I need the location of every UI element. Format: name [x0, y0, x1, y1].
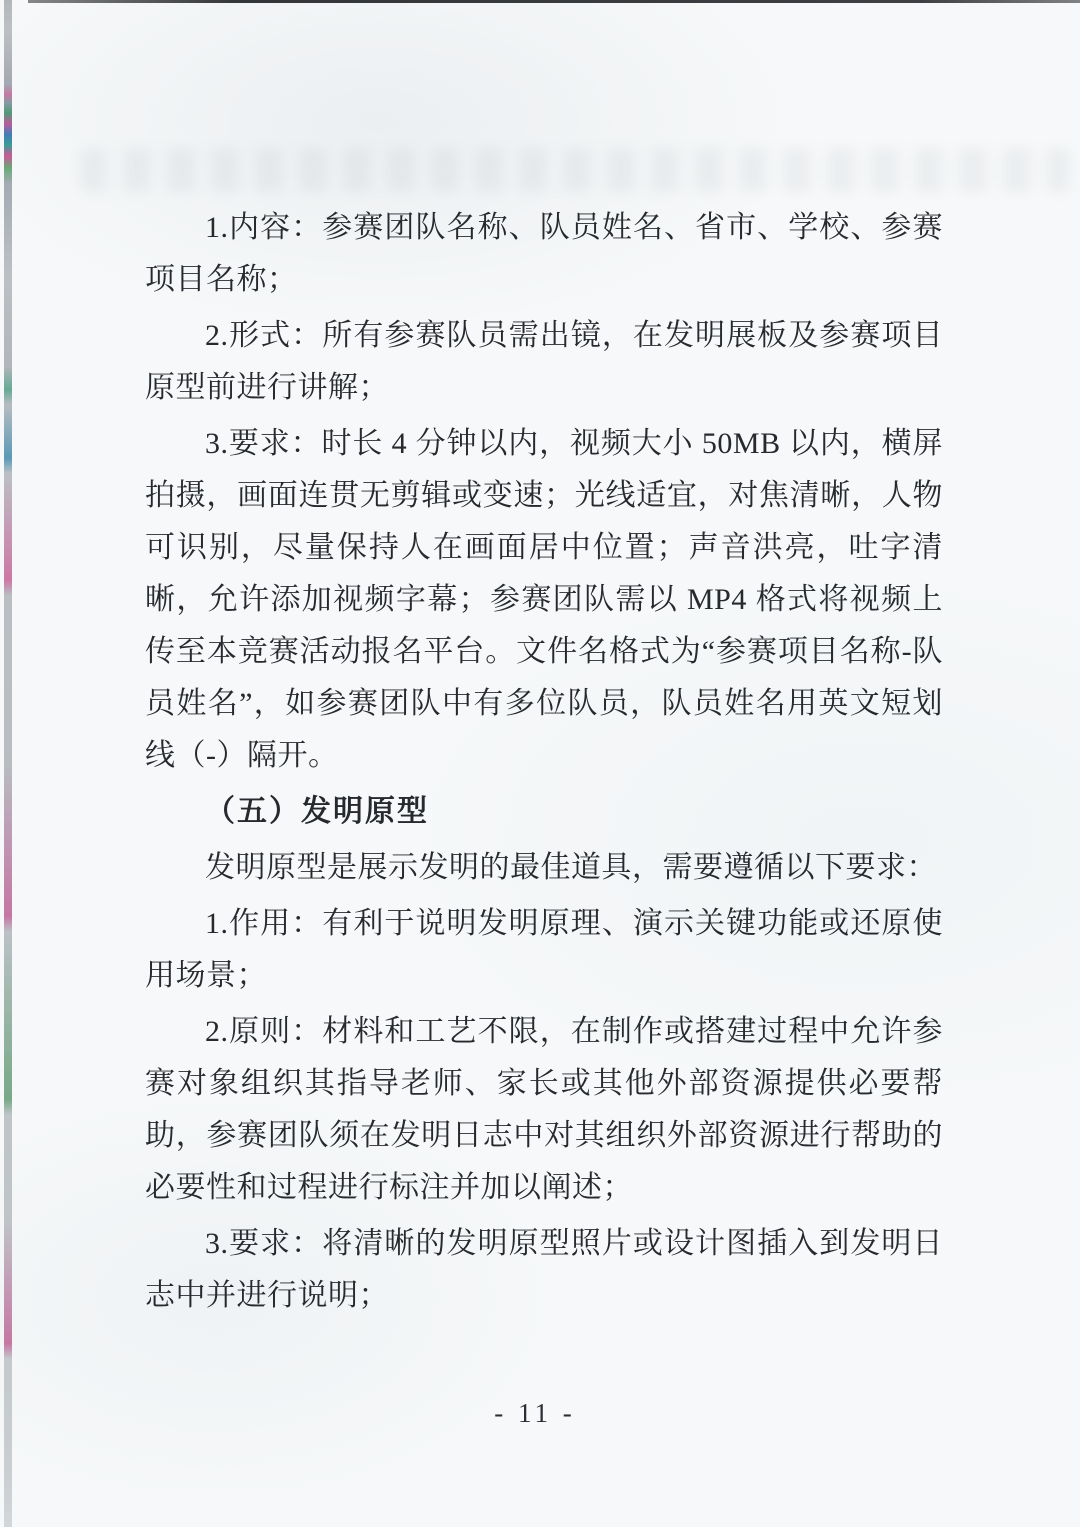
scan-top-edge-line	[28, 0, 1080, 3]
paragraph-prototype-requirement-item: 3.要求：将清晰的发明原型照片或设计图插入到发明日志中并进行说明；	[145, 1218, 943, 1322]
paragraph-video-format-item: 2.形式：所有参赛队员需出镜，在发明展板及参赛项目原型前进行讲解；	[145, 310, 943, 414]
document-body: 1.内容：参赛团队名称、队员姓名、省市、学校、参赛项目名称； 2.形式：所有参赛…	[145, 202, 943, 1326]
bleed-through-ghost	[80, 148, 1070, 192]
paragraph-prototype-intro: 发明原型是展示发明的最佳道具，需要遵循以下要求：	[145, 842, 943, 894]
paragraph-video-content-item: 1.内容：参赛团队名称、队员姓名、省市、学校、参赛项目名称；	[145, 202, 943, 306]
paragraph-prototype-role-item: 1.作用：有利于说明发明原理、演示关键功能或还原使用场景；	[145, 898, 943, 1002]
page-number: - 11 -	[0, 1398, 1070, 1429]
paragraph-video-requirements-item: 3.要求：时长 4 分钟以内，视频大小 50MB 以内，横屏拍摄，画面连贯无剪辑…	[145, 418, 943, 782]
section-heading-invention-prototype: （五）发明原型	[145, 786, 943, 838]
scan-left-edge-noise	[4, 0, 12, 1527]
scanned-document-page: 1.内容：参赛团队名称、队员姓名、省市、学校、参赛项目名称； 2.形式：所有参赛…	[0, 0, 1080, 1527]
paragraph-prototype-principle-item: 2.原则：材料和工艺不限，在制作或搭建过程中允许参赛对象组织其指导老师、家长或其…	[145, 1006, 943, 1214]
